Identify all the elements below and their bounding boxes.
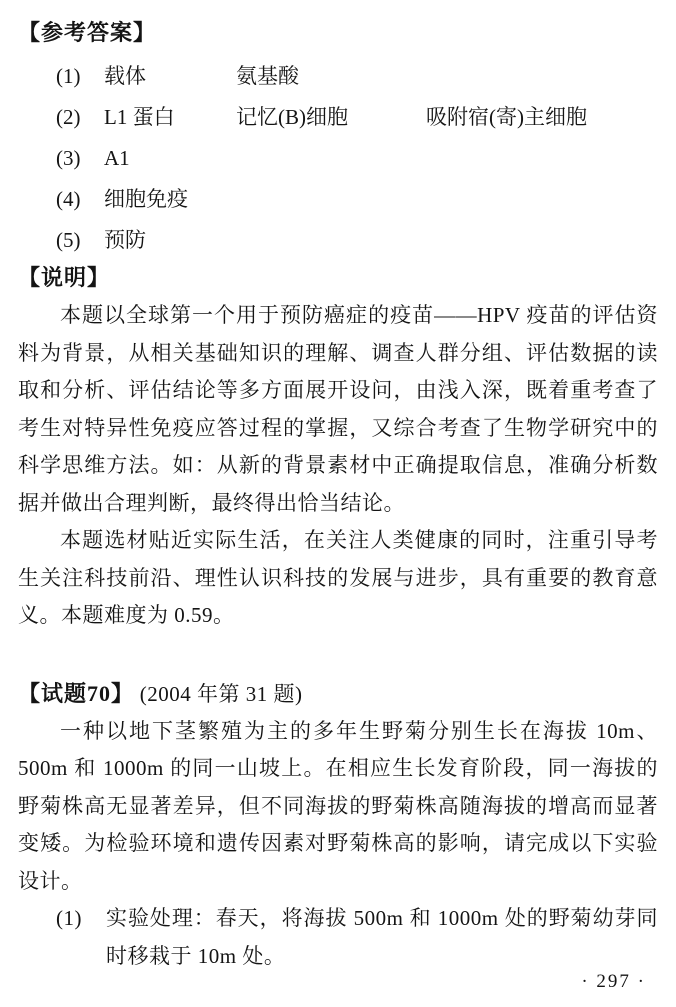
answer-number: (5) — [56, 220, 104, 261]
explanation-paragraph: 本题以全球第一个用于预防癌症的疫苗——HPV 疫苗的评估资料为背景，从相关基础知… — [18, 297, 658, 522]
answer-part: 氨基酸 — [236, 56, 426, 97]
item-number: (1) — [56, 900, 106, 975]
answer-part: 预防 — [104, 220, 236, 261]
answer-part: 记忆(B)细胞 — [236, 97, 426, 138]
explanation-paragraph: 本题选材贴近实际生活，在关注人类健康的同时，注重引导考生关注科技前沿、理性认识科… — [18, 522, 658, 635]
page-number: · 297 · — [581, 971, 646, 993]
answer-number: (4) — [56, 179, 104, 220]
question-number-label: 【试题70】 — [18, 681, 134, 706]
answer-part: 吸附宿(寄)主细胞 — [426, 97, 587, 138]
answer-part: 细胞免疫 — [104, 179, 236, 220]
question-source: (2004 年第 31 题) — [140, 682, 303, 706]
answer-row: (3) A1 — [56, 138, 658, 179]
answer-part: L1 蛋白 — [104, 97, 236, 138]
explanation-body: 本题以全球第一个用于预防癌症的疫苗——HPV 疫苗的评估资料为背景，从相关基础知… — [18, 297, 658, 635]
answer-number: (2) — [56, 97, 104, 138]
answer-number: (1) — [56, 56, 104, 97]
question-intro-paragraph: 一种以地下茎繁殖为主的多年生野菊分别生长在海拔 10m、500m 和 1000m… — [18, 713, 658, 901]
answer-part: 载体 — [104, 56, 236, 97]
item-text: 实验处理：春天，将海拔 500m 和 1000m 处的野菊幼芽同时移栽于 10m… — [106, 900, 658, 975]
document-page: 【参考答案】 (1) 载体 氨基酸 (2) L1 蛋白 记忆(B)细胞 吸附宿(… — [0, 0, 676, 1007]
answer-row: (5) 预防 — [56, 220, 658, 261]
explanation-header: 【说明】 — [18, 261, 658, 295]
answer-row: (2) L1 蛋白 记忆(B)细胞 吸附宿(寄)主细胞 — [56, 97, 658, 138]
question-item: (1) 实验处理：春天，将海拔 500m 和 1000m 处的野菊幼芽同时移栽于… — [56, 900, 658, 975]
answer-part: A1 — [104, 138, 236, 179]
answer-row: (1) 载体 氨基酸 — [56, 56, 658, 97]
question-header: 【试题70】 (2004 年第 31 题) — [18, 675, 658, 713]
answer-number: (3) — [56, 138, 104, 179]
answer-row: (4) 细胞免疫 — [56, 179, 658, 220]
answer-list: (1) 载体 氨基酸 (2) L1 蛋白 记忆(B)细胞 吸附宿(寄)主细胞 (… — [56, 56, 658, 261]
reference-answer-header: 【参考答案】 — [18, 16, 658, 50]
